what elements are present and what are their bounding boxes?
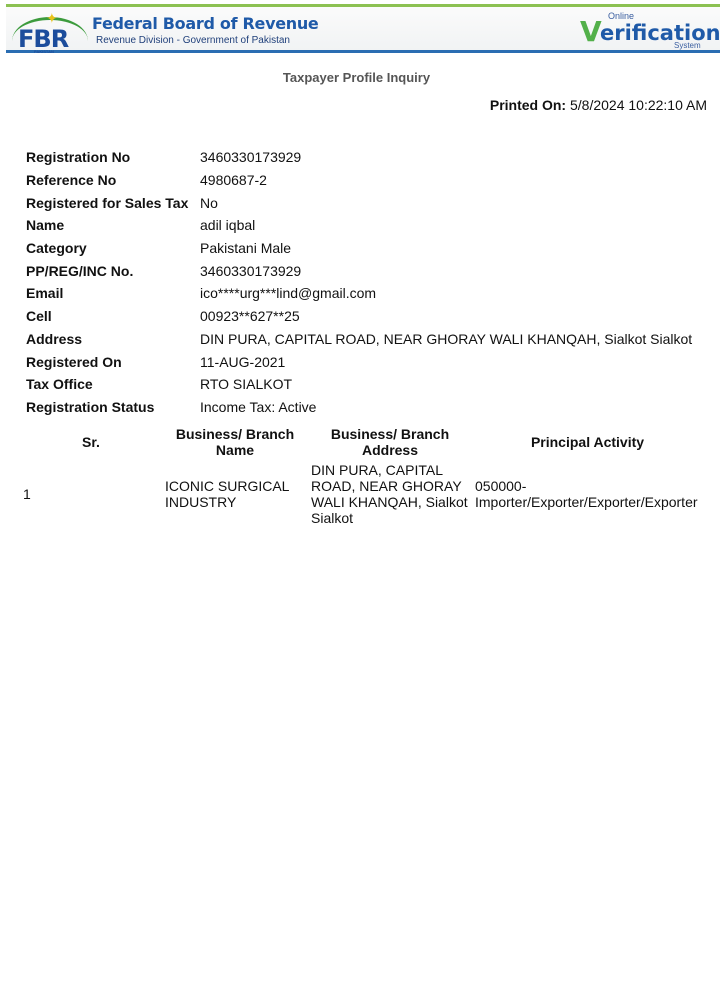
cell-branch-name: ICONIC SURGICAL INDUSTRY bbox=[162, 460, 308, 528]
ovs-online-text: Online bbox=[608, 11, 634, 21]
profile-row: Emailico****urg***lind@gmail.com bbox=[26, 282, 692, 305]
profile-row: Reference No4980687-2 bbox=[26, 169, 692, 192]
field-label: Email bbox=[26, 285, 200, 301]
profile-row: Registered On11-AUG-2021 bbox=[26, 350, 692, 373]
checkmark-v-icon: V bbox=[580, 18, 602, 46]
field-label: Name bbox=[26, 217, 200, 233]
document-title: Taxpayer Profile Inquiry bbox=[0, 70, 713, 85]
field-label: Cell bbox=[26, 308, 200, 324]
field-value: adil iqbal bbox=[200, 217, 255, 233]
field-value: Income Tax: Active bbox=[200, 399, 316, 415]
field-value: ico****urg***lind@gmail.com bbox=[200, 285, 376, 301]
cell-sr: 1 bbox=[20, 460, 162, 528]
field-value: 3460330173929 bbox=[200, 263, 301, 279]
field-value: Pakistani Male bbox=[200, 240, 291, 256]
profile-row: Nameadil iqbal bbox=[26, 214, 692, 237]
field-label: Registration No bbox=[26, 149, 200, 165]
printed-on-label: Printed On: bbox=[490, 97, 566, 113]
fbr-logo: ✦ FBR PAKISTAN bbox=[12, 13, 88, 53]
cell-principal-activity: 050000-Importer/Exporter/Exporter/Export… bbox=[472, 460, 703, 528]
branches-table: Sr. Business/ Branch Name Business/ Bran… bbox=[20, 424, 703, 528]
printed-on: Printed On: 5/8/2024 10:22:10 AM bbox=[490, 97, 707, 113]
ovs-word: erification bbox=[600, 21, 721, 45]
cell-branch-address: DIN PURA, CAPITAL ROAD, NEAR GHORAY WALI… bbox=[308, 460, 472, 528]
field-label: PP/REG/INC No. bbox=[26, 263, 200, 279]
field-value: 3460330173929 bbox=[200, 149, 301, 165]
field-label: Tax Office bbox=[26, 376, 200, 392]
logo-subtext: PAKISTAN bbox=[34, 49, 54, 54]
column-header-sr: Sr. bbox=[20, 424, 162, 460]
printed-on-value: 5/8/2024 10:22:10 AM bbox=[570, 97, 707, 113]
profile-row: Registration StatusIncome Tax: Active bbox=[26, 396, 692, 419]
ovs-system-text: System bbox=[674, 41, 701, 50]
table-header-row: Sr. Business/ Branch Name Business/ Bran… bbox=[20, 424, 703, 460]
table-row: 1ICONIC SURGICAL INDUSTRYDIN PURA, CAPIT… bbox=[20, 460, 703, 528]
page-header: ✦ FBR PAKISTAN Federal Board of Revenue … bbox=[6, 4, 720, 53]
field-label: Address bbox=[26, 331, 200, 347]
field-value: No bbox=[200, 195, 218, 211]
profile-row: Tax OfficeRTO SIALKOT bbox=[26, 373, 692, 396]
profile-fields: Registration No3460330173929Reference No… bbox=[26, 146, 692, 418]
column-header-branch-name: Business/ Branch Name bbox=[162, 424, 308, 460]
field-label: Reference No bbox=[26, 172, 200, 188]
field-value: 00923**627**25 bbox=[200, 308, 300, 324]
profile-row: Registration No3460330173929 bbox=[26, 146, 692, 169]
profile-row: Cell00923**627**25 bbox=[26, 305, 692, 328]
field-label: Registered On bbox=[26, 354, 200, 370]
profile-row: PP/REG/INC No.3460330173929 bbox=[26, 259, 692, 282]
field-value: DIN PURA, CAPITAL ROAD, NEAR GHORAY WALI… bbox=[200, 331, 692, 347]
star-icon: ✦ bbox=[46, 11, 58, 25]
field-value: 11-AUG-2021 bbox=[200, 354, 285, 370]
field-value: RTO SIALKOT bbox=[200, 376, 292, 392]
column-header-branch-address: Business/ Branch Address bbox=[308, 424, 472, 460]
profile-row: AddressDIN PURA, CAPITAL ROAD, NEAR GHOR… bbox=[26, 328, 692, 351]
field-label: Registration Status bbox=[26, 399, 200, 415]
online-verification-logo: Online V erification System bbox=[550, 10, 710, 52]
field-label: Category bbox=[26, 240, 200, 256]
profile-row: CategoryPakistani Male bbox=[26, 237, 692, 260]
org-title: Federal Board of Revenue bbox=[92, 14, 319, 33]
column-header-principal-activity: Principal Activity bbox=[472, 424, 703, 460]
field-label: Registered for Sales Tax bbox=[26, 195, 200, 211]
org-subtitle: Revenue Division - Government of Pakista… bbox=[96, 35, 290, 46]
profile-row: Registered for Sales TaxNo bbox=[26, 191, 692, 214]
field-value: 4980687-2 bbox=[200, 172, 267, 188]
